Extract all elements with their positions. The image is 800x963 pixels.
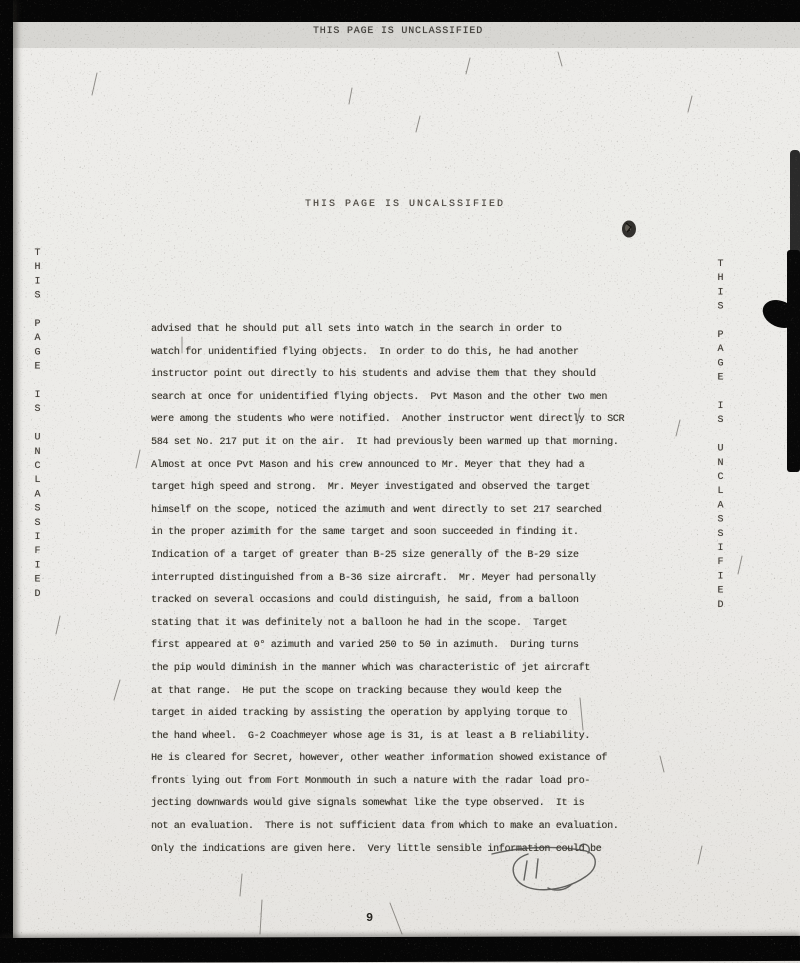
right-margin-classification: THIS PAGE IS UNCLASSIFIED <box>715 259 726 614</box>
body-line: first appeared at 0° azimuth and varied … <box>151 635 651 658</box>
body-line: 584 set No. 217 put it on the air. It ha… <box>151 432 651 455</box>
body-line: Almost at once Pvt Mason and his crew an… <box>151 455 651 478</box>
body-line: watch for unidentified flying objects. I… <box>151 342 651 365</box>
body-line: advised that he should put all sets into… <box>151 319 651 342</box>
body-line: target in aided tracking by assisting th… <box>151 703 651 726</box>
body-line: in the proper azimith for the same targe… <box>151 522 651 545</box>
body-line: the hand wheel. G-2 Coachmeyer whose age… <box>151 726 651 749</box>
body-line: stating that it was definitely not a bal… <box>151 613 651 636</box>
body-line: target high speed and strong. Mr. Meyer … <box>151 477 651 500</box>
bottom-black-bar <box>0 936 800 963</box>
body-line: He is cleared for Secret, however, other… <box>151 748 651 771</box>
body-line: himself on the scope, noticed the azimut… <box>151 500 651 523</box>
body-line: at that range. He put the scope on track… <box>151 681 651 704</box>
body-line: interrupted distinguished from a B-36 si… <box>151 568 651 591</box>
body-line: the pip would diminish in the manner whi… <box>151 658 651 681</box>
header-mid-classification: THIS PAGE IS UNCALSSIFIED <box>305 199 505 210</box>
document-page: THIS PAGE IS UNCLASSIFIED THIS PAGE IS U… <box>0 0 800 963</box>
body-line: tracked on several occasions and could d… <box>151 590 651 613</box>
left-black-bar <box>0 0 13 963</box>
body-line: fronts lying out from Fort Monmouth in s… <box>151 771 651 794</box>
body-line: jecting downwards would give signals som… <box>151 793 651 816</box>
left-margin-classification: THIS PAGE IS UNCLASSIFIED <box>32 248 43 603</box>
body-line: were among the students who were notifie… <box>151 409 651 432</box>
page-number: 9 <box>366 911 373 925</box>
body-line: Only the indications are given here. Ver… <box>151 839 651 862</box>
body-line: search at once for unidentified flying o… <box>151 387 651 410</box>
body-line: not an evaluation. There is not sufficie… <box>151 816 651 839</box>
document-body-text: advised that he should put all sets into… <box>151 319 651 861</box>
top-black-bar <box>0 0 800 22</box>
body-line: Indication of a target of greater than B… <box>151 545 651 568</box>
header-top-classification: THIS PAGE IS UNCLASSIFIED <box>313 26 483 37</box>
body-line: instructor point out directly to his stu… <box>151 364 651 387</box>
